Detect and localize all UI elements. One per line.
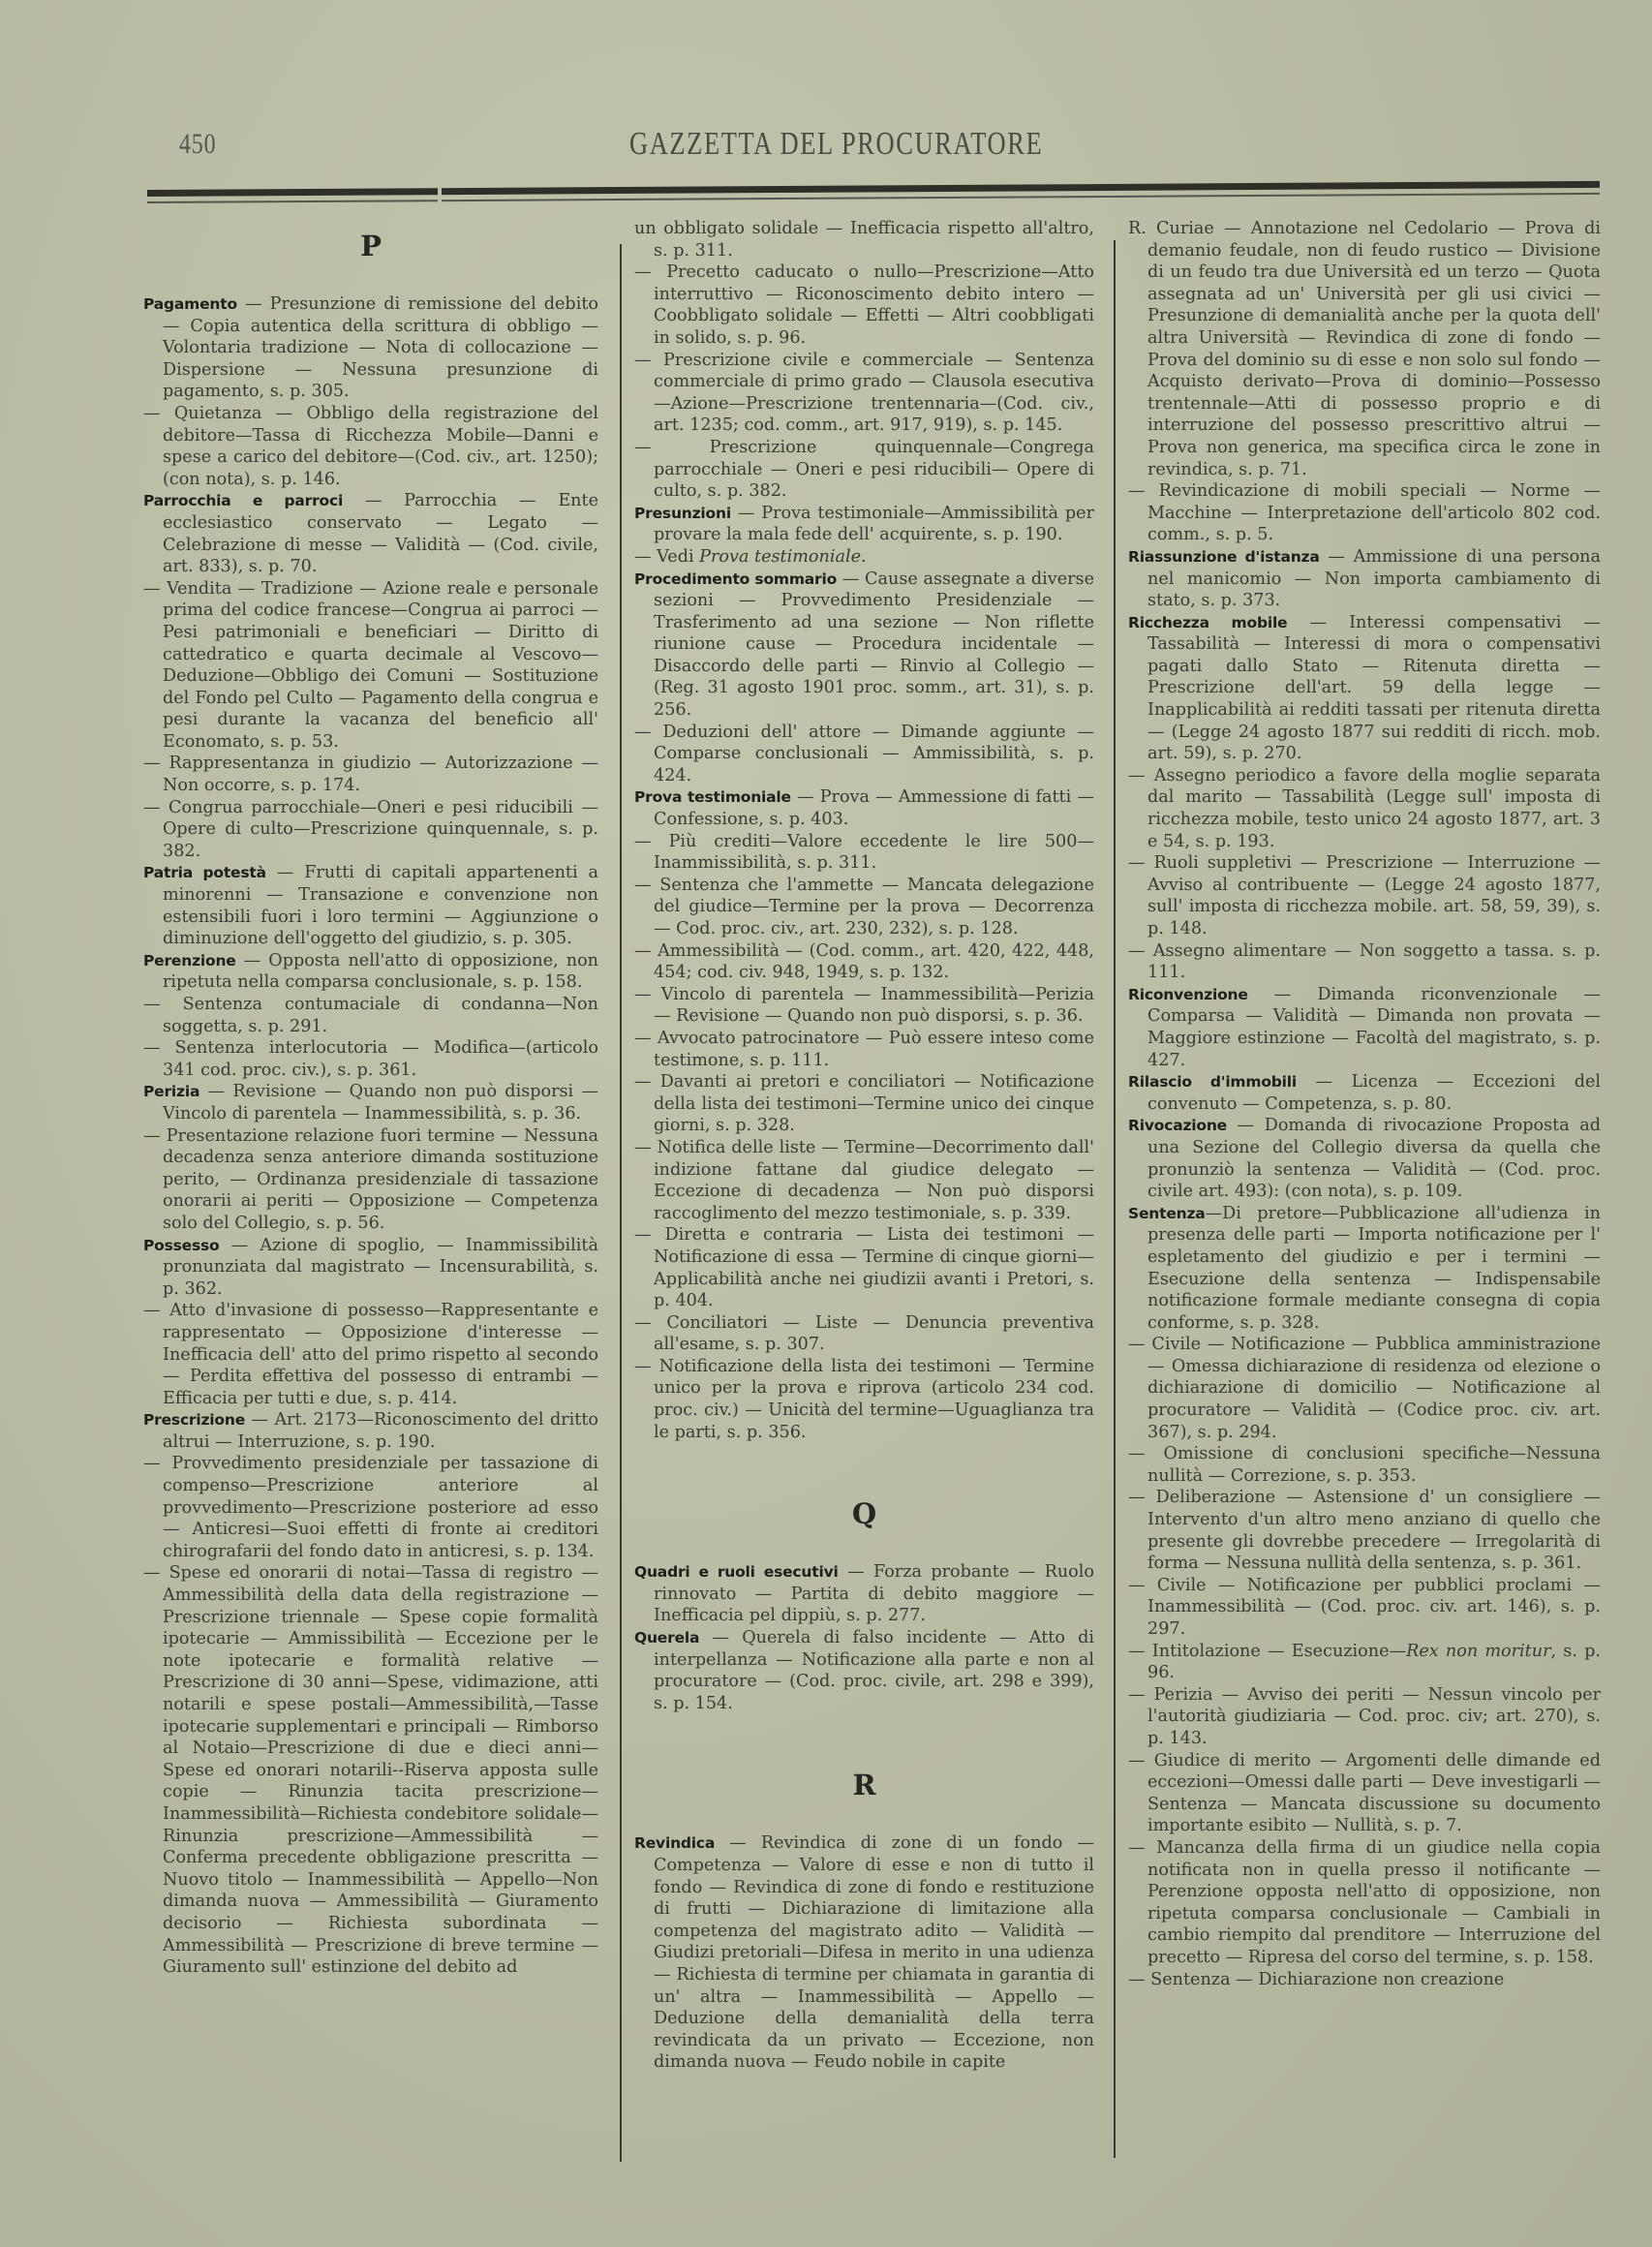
index-subentry: — Prescrizione quinquennale—Congrega par…: [634, 437, 1094, 503]
index-entry: Presunzioni — Prova testimoniale—Ammissi…: [634, 503, 1094, 546]
index-entry: Rivocazione — Domanda di rivocazione Pro…: [1128, 1115, 1601, 1202]
entry-text: — Azione di spoglio, — Inammissibilità p…: [163, 1236, 598, 1299]
index-entry: Procedimento sommario — Cause assegnate …: [634, 569, 1094, 722]
index-subentry: — Sentenza contumaciale di condanna—Non …: [143, 994, 598, 1037]
index-subentry: — Rappresentanza in giudizio — Autorizza…: [143, 753, 598, 796]
page-number: 450: [179, 128, 216, 161]
entry-text: — Cause assegnate a diverse sezioni — Pr…: [654, 569, 1094, 721]
index-subentry: — Più crediti—Valore eccedente le lire 5…: [634, 831, 1094, 875]
index-entry: Possesso — Azione di spoglio, — Inammiss…: [143, 1235, 598, 1301]
index-entry: Ricchezza mobile — Interessi compensativ…: [1128, 612, 1601, 765]
entry-keyword: Quadri e ruoli esecutivi: [634, 1563, 839, 1581]
index-subentry: — Vincolo di parentela — Inammessibilità…: [634, 984, 1094, 1028]
column-rule-right: [1114, 240, 1116, 2158]
index-subentry: — Civile — Notificazione — Pubblica ammi…: [1128, 1334, 1601, 1443]
column-rule-left: [620, 244, 622, 2162]
entry-keyword: Patria potestà: [143, 864, 266, 881]
header-rule-gap: [438, 182, 442, 207]
index-subentry: — Revindicazione di mobili speciali — No…: [1128, 480, 1601, 546]
index-column-1: PPagamento — Presunzione di remissione d…: [143, 218, 598, 1979]
index-subentry: — Davanti ai pretori e conciliatori — No…: [634, 1071, 1094, 1137]
index-subentry: — Deliberazione — Astensione d' un consi…: [1128, 1487, 1601, 1574]
index-entry: Riconvenzione — Dimanda riconvenzionale …: [1128, 984, 1601, 1071]
index-column-2: un obbligato solidale — Inefficacia risp…: [634, 218, 1094, 2074]
index-entry: Pagamento — Presunzione di remissione de…: [143, 293, 598, 403]
entry-keyword: Prova testimoniale: [634, 788, 791, 806]
index-entry: Revindica — Revindica di zone di un fond…: [634, 1832, 1094, 2074]
index-entry: Querela — Querela di falso incidente — A…: [634, 1627, 1094, 1714]
section-letter-heading: P: [143, 231, 598, 261]
index-entry-continuation: un obbligato solidale — Inefficacia risp…: [634, 218, 1094, 262]
subentry-text: — Vedi: [634, 547, 699, 567]
index-subentry: — Presentazione relazione fuori termine …: [143, 1125, 598, 1235]
subentry-italic-reference: Prova testimoniale.: [699, 547, 866, 567]
index-subentry: — Omissione di conclusioni specifiche—Ne…: [1128, 1443, 1601, 1487]
index-subentry: — Notifica delle liste — Termine—Decorri…: [634, 1137, 1094, 1224]
index-subentry: — Assegno alimentare — Non soggetto a ta…: [1128, 940, 1601, 984]
section-letter-heading: Q: [634, 1499, 1094, 1528]
index-subentry: — Civile — Notificazione per pubblici pr…: [1128, 1575, 1601, 1641]
section-spacer: [634, 1443, 1094, 1486]
entry-text: — Interessi compensativi — Tassabilità —…: [1147, 613, 1601, 764]
index-entry: Perizia — Revisione — Quando non può dis…: [143, 1081, 598, 1124]
entry-keyword: Riassunzione d'istanza: [1128, 548, 1320, 566]
entry-keyword: Ricchezza mobile: [1128, 614, 1287, 631]
index-subentry: — Ammessibilità — (Cod. comm., art. 420,…: [634, 940, 1094, 984]
entry-keyword: Rivocazione: [1128, 1117, 1227, 1134]
index-entry: Riassunzione d'istanza — Ammissione di u…: [1128, 546, 1601, 612]
index-subentry: — Assegno periodico a favore della mogli…: [1128, 765, 1601, 852]
entry-keyword: Rilascio d'immobili: [1128, 1073, 1297, 1091]
index-subentry: — Sentenza interlocutoria — Modifica—(ar…: [143, 1037, 598, 1081]
entry-text: —Di pretore—Pubblicazione all'udienza in…: [1147, 1204, 1601, 1333]
index-subentry: — Vendita — Tradizione — Azione reale e …: [143, 578, 598, 754]
entry-keyword: Procedimento sommario: [634, 570, 837, 588]
entry-keyword: Revindica: [634, 1834, 715, 1852]
index-entry: Parrocchia e parroci — Parrocchia — Ente…: [143, 490, 598, 577]
entry-keyword: Prescrizione: [143, 1411, 245, 1429]
index-subentry: — Giudice di merito — Argomenti delle di…: [1128, 1750, 1601, 1837]
index-subentry: — Spese ed onorarii di notai—Tassa di re…: [143, 1562, 598, 1978]
index-entry: Sentenza—Di pretore—Pubblicazione all'ud…: [1128, 1203, 1601, 1335]
index-column-3: R. Curiae — Annotazione nel Cedolario — …: [1128, 218, 1601, 1990]
index-subentry: — Atto d'invasione di possesso—Rappresen…: [143, 1300, 598, 1409]
entry-keyword: Querela: [634, 1629, 699, 1647]
index-subentry: — Quietanza — Obbligo della registrazion…: [143, 403, 598, 490]
index-subentry: — Vedi Prova testimoniale.: [634, 546, 1094, 569]
entry-text: — Revisione — Quando non può disporsi — …: [163, 1082, 598, 1123]
running-head: 450 GAZZETTA DEL PROCURATORE: [179, 124, 1632, 163]
section-letter-heading: R: [634, 1770, 1094, 1800]
index-subentry: — Congrua parrocchiale—Oneri e pesi ridu…: [143, 797, 598, 863]
index-entry-continuation: R. Curiae — Annotazione nel Cedolario — …: [1128, 218, 1601, 480]
index-entry: Prescrizione — Art. 2173—Riconoscimento …: [143, 1409, 598, 1453]
entry-keyword: Presunzioni: [634, 505, 731, 522]
index-subentry: — Sentenza — Dichiarazione non creazione: [1128, 1969, 1601, 1991]
index-subentry: — Ruoli suppletivi — Prescrizione — Inte…: [1128, 852, 1601, 939]
index-subentry: — Precetto caducato o nullo—Prescrizione…: [634, 262, 1094, 349]
entry-keyword: Possesso: [143, 1237, 219, 1254]
entry-keyword: Pagamento: [143, 295, 237, 313]
subentry-text: — Intitolazione — Esecuzione—: [1128, 1642, 1406, 1661]
section-spacer: [634, 1714, 1094, 1757]
entry-text: — Querela di falso incidente — Atto di i…: [654, 1628, 1094, 1713]
journal-title: GAZZETTA DEL PROCURATORE: [629, 126, 1043, 163]
index-entry: Quadri e ruoli esecutivi — Forza probant…: [634, 1561, 1094, 1627]
index-subentry: — Sentenza che l'ammette — Mancata deleg…: [634, 875, 1094, 940]
index-subentry: — Avvocato patrocinatore — Può essere in…: [634, 1028, 1094, 1071]
index-entry: Patria potestà — Frutti di capitali appa…: [143, 862, 598, 949]
index-subentry: — Intitolazione — Esecuzione—Rex non mor…: [1128, 1641, 1601, 1684]
entry-keyword: Perizia: [143, 1083, 199, 1100]
index-entry: Perenzione — Opposta nell'atto di opposi…: [143, 950, 598, 994]
entry-keyword: Perenzione: [143, 952, 236, 970]
index-entry: Prova testimoniale — Prova — Ammessione …: [634, 786, 1094, 830]
index-subentry: — Prescrizione civile e commerciale — Se…: [634, 350, 1094, 437]
index-subentry: — Provvedimento presidenziale per tassaz…: [143, 1453, 598, 1562]
index-subentry: — Diretta e contraria — Lista dei testim…: [634, 1224, 1094, 1311]
entry-text: — Revindica di zone di un fondo — Compet…: [654, 1833, 1094, 2072]
index-subentry: — Perizia — Avviso dei periti — Nessun v…: [1128, 1684, 1601, 1750]
index-entry: Rilascio d'immobili — Licenza — Eccezion…: [1128, 1071, 1601, 1115]
entry-keyword: Riconvenzione: [1128, 986, 1248, 1003]
subentry-italic-reference: Rex non moritur: [1406, 1642, 1550, 1661]
index-subentry: — Mancanza della firma di un giudice nel…: [1128, 1837, 1601, 1969]
index-subentry: — Conciliatori — Liste — Denuncia preven…: [634, 1312, 1094, 1356]
entry-keyword: Sentenza: [1128, 1205, 1206, 1222]
index-subentry: — Notificazione della lista dei testimon…: [634, 1356, 1094, 1443]
index-subentry: — Deduzioni dell' attore — Dimande aggiu…: [634, 722, 1094, 787]
entry-keyword: Parrocchia e parroci: [143, 492, 343, 509]
